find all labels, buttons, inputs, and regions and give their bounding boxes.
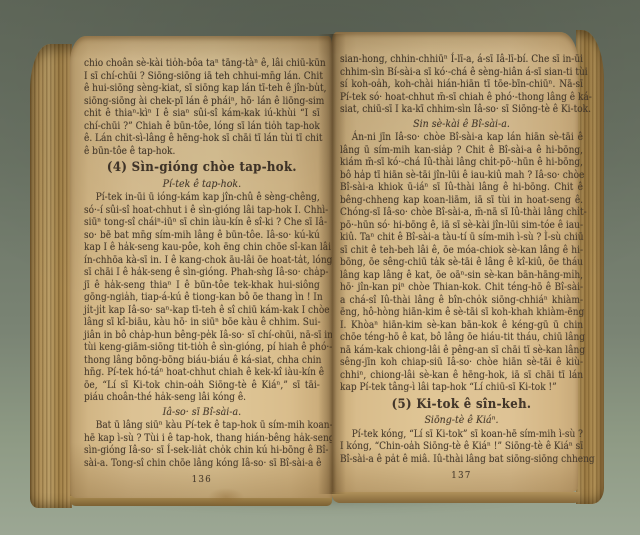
text-line: Bî-sài-a khiok ū-iáⁿ sī Iû-thài lâng ê h…	[340, 182, 583, 195]
text-line: Pí-tek in-ūi ū ióng-kám kap jîn-chû ê sè…	[84, 192, 320, 205]
right-page-text: sian-hong, chhin-chhiūⁿ Í-lī-a, á-sī Iâ-…	[340, 54, 583, 483]
text-line: kiû. Taⁿ chit ê Bî-sài-a tàu-tí ū sím-mi…	[340, 232, 583, 245]
text-line: kap Pí-tek tâng-ì lâi tap-hok “Lí chiū-s…	[340, 382, 583, 395]
text-line: piáu choân-thé ha̍k-seng lâi kóng ê.	[84, 392, 320, 405]
text-line: hn̄g. Pí-tek hó-táⁿ hoat-chhut chiah ê k…	[84, 367, 320, 380]
text-line: siūⁿ tong-sî cháiⁿ-iūⁿ sī chin iàu-kín ê…	[84, 217, 320, 230]
section-subheading: Pí-tek ê tap-hok.	[84, 178, 320, 191]
text-line: hē kap ì-sù ? Tùi i ê tap-hok, thang hiá…	[84, 433, 320, 446]
text-line: siat, chiū-sī I ka-kī chhim-sìn Iâ-so· s…	[340, 104, 583, 117]
text-line: bô ha̍p tī hiān sè-tāi jîn-lūi ê iau-kiû…	[340, 170, 583, 183]
text-line: I. Khòaⁿ hiān-kim sè-kan bān-kok ê kéng-…	[340, 320, 583, 333]
text-line: Án-ni jīn Iâ-so· chòe Bî-sài-a kap lán h…	[340, 132, 583, 145]
text-line: ji̍t-ji̍t kap Iâ-so· saⁿ-kap tī-teh ê sî…	[84, 305, 320, 318]
text-line: só·-í sûi-sî hoat-chhut i ê sìn-gióng lâ…	[84, 205, 320, 218]
text-line: sí koh-oa̍h, koh-chài hián-hiān tī tōe-b…	[340, 79, 583, 92]
right-page: sian-hong, chhin-chhiūⁿ Í-lī-a, á-sī Iâ-…	[332, 32, 578, 492]
text-line: ê hui-siōng sèng-kiat, sī siōng kap lán …	[84, 83, 320, 96]
text-line: Pí-tek só· hoat-chhut m̄-sī chiah ê phó·…	[340, 92, 583, 105]
text-line: chí-chūi ?” Chiah ê būn-tôe, lóng sī lán…	[84, 121, 320, 134]
right-bottom-page-edge	[332, 492, 580, 503]
text-line: gōng-ngia̍h, tiap-á-kú ê tiong-kan bô ōe…	[84, 292, 320, 305]
text-line: sī chāi I ê ha̍k-seng ê sìn-gióng. Phah-…	[84, 267, 320, 280]
text-line: chhiⁿ, chiong-lâi sè-kan ê hēng-hok, iā …	[340, 370, 583, 383]
text-line: chhim-sìn Bí-sài-a sī kó·-chá ê sèng-hiâ…	[340, 67, 583, 80]
text-line: I sī chí-chūi ? Siōng-siōng iā teh chhui…	[84, 71, 320, 84]
text-line: a chá-sî Iû-thài lâng ê bîn-cho̍k siōng-…	[340, 295, 583, 308]
text-line: bōng, ōe sêng-chiū ta̍k sè-tāi ê lâng ê …	[340, 257, 583, 270]
text-line: bêng-chheng kap koan-liām, iā sī tùi in …	[340, 195, 583, 208]
text-line: Bat ū lâng siūⁿ kàu Pí-tek ê tap-hok ū s…	[84, 420, 320, 433]
section-subheading: Siōng-tè ê Kiáⁿ.	[340, 414, 583, 427]
text-line: thong lâng bōng-bōng biáu-biáu ê ká-siat…	[84, 355, 320, 368]
text-line: tùi keng-giām-siōng tit-tio̍h ê sìn-gión…	[84, 342, 320, 355]
text-line: lâng kap lâng ê kat, ōe oāⁿ-sin sè-kan b…	[340, 270, 583, 283]
text-line: ōe, “Lí sī Ki-tok chin-oa̍h Siōng-tè ê K…	[84, 380, 320, 393]
text-line: hō· jîn-kan piⁿ chòe Thian-kok. Chit tén…	[340, 282, 583, 295]
left-page-text: chio choân sè-kài tio̍h-bôa taⁿ tāng-tàⁿ…	[84, 58, 320, 487]
page-number: 136	[84, 474, 320, 487]
left-fore-edge	[30, 44, 72, 508]
text-line: siōng-siōng ài chek-pī lán ê pháiⁿ, hō· …	[84, 96, 320, 109]
text-line: Bî-sài-a ê pa̍t ê miâ. Iû-thài lâng bat …	[340, 454, 583, 467]
text-line: chit ê thiaⁿ-kìⁿ I ê siaⁿ sûi-sî kám-kak…	[84, 108, 320, 121]
text-line: chio choân sè-kài tio̍h-bôa taⁿ tāng-tàⁿ…	[84, 58, 320, 71]
page-number: 137	[340, 470, 583, 483]
photo-background: chio choân sè-kài tio̍h-bôa taⁿ tāng-tàⁿ…	[0, 0, 640, 535]
text-line: ēng, hô-hòng hiān-kim ê sè-tāi sī koh-kh…	[340, 307, 583, 320]
text-line: lâng ū sím-mih kan-sia̍p ? Chit ê Bî-sài…	[340, 145, 583, 158]
text-line: pō·-hūn só· hi-bōng ê, iā sī sè-kài jîn-…	[340, 220, 583, 233]
section-subheading: Sin sè-kài ê Bî-sài-a.	[340, 118, 583, 131]
text-line: ê. Lán chit-sì-lâng ê hēng-hok sī chāi t…	[84, 133, 320, 146]
text-line: chōe téng-hō ê kat, bô lâng ōe hiáu-tit …	[340, 332, 583, 345]
text-line: sī chit ê teh-beh lâi ê, ōe móa-chiok sè…	[340, 245, 583, 258]
text-line: nā kám-kak chiong-lâi ê pêng-an sī chāi …	[340, 345, 583, 358]
text-line: sian-hong, chhin-chhiūⁿ Í-lī-a, á-sī Iâ-…	[340, 54, 583, 67]
text-line: Chóng-sī Iâ-so· chòe Bî-sài-a, m̄-nā sī …	[340, 207, 583, 220]
text-line: so· bē bat mn̄g sím-mih lâng ê būn-tôe. …	[84, 230, 320, 243]
text-line: ín-chhōa kà-sī in. I ê kang-chok āu-lâi …	[84, 255, 320, 268]
text-line: ê būn-tôe ê tap-hok.	[84, 146, 320, 159]
text-line: jiân in bô cha̍p-hun bêng-pe̍k Iâ-so· sī…	[84, 330, 320, 343]
text-line: sài-a. Tong-sî chin chōe lâng kóng Iâ-so…	[84, 458, 320, 471]
text-line: jī ê ha̍k-seng thiaⁿ I ê būn-tôe tek-kha…	[84, 280, 320, 293]
section-heading: (5) Ki-tok ê sîn-keh.	[340, 399, 583, 412]
section-heading: (4) Sìn-gióng chòe tap-hok.	[84, 162, 320, 175]
text-line: I kóng, “Chin-oa̍h Siōng-tè ê Kiáⁿ !” Si…	[340, 441, 583, 454]
book-gutter	[318, 34, 346, 494]
text-line: Pí-tek kóng, “Lí sī Ki-tok” sī koan-hē s…	[340, 429, 583, 442]
text-line: sìn-gióng Iâ-so· sī Í-sek-lia̍t cho̍k ch…	[84, 445, 320, 458]
text-line: kiám m̄-sī kó·-chá Iû-thài lâng chi̍t-pō…	[340, 157, 583, 170]
text-line: sêng-jīn koh chiap-siū Iâ-so· chòe hiān …	[340, 357, 583, 370]
text-line: lâng sī kî-biāu, kàu hō· in siūⁿ bōe kàu…	[84, 317, 320, 330]
left-page: chio choân sè-kài tio̍h-bôa taⁿ tāng-tàⁿ…	[70, 36, 332, 498]
section-subheading: Iâ-so· sī Bî-sài-a.	[84, 406, 320, 419]
open-book: chio choân sè-kài tio̍h-bôa taⁿ tāng-tàⁿ…	[0, 0, 640, 535]
text-line: kap I ê ha̍k-seng kau-pôe, koh ēng chin …	[84, 242, 320, 255]
